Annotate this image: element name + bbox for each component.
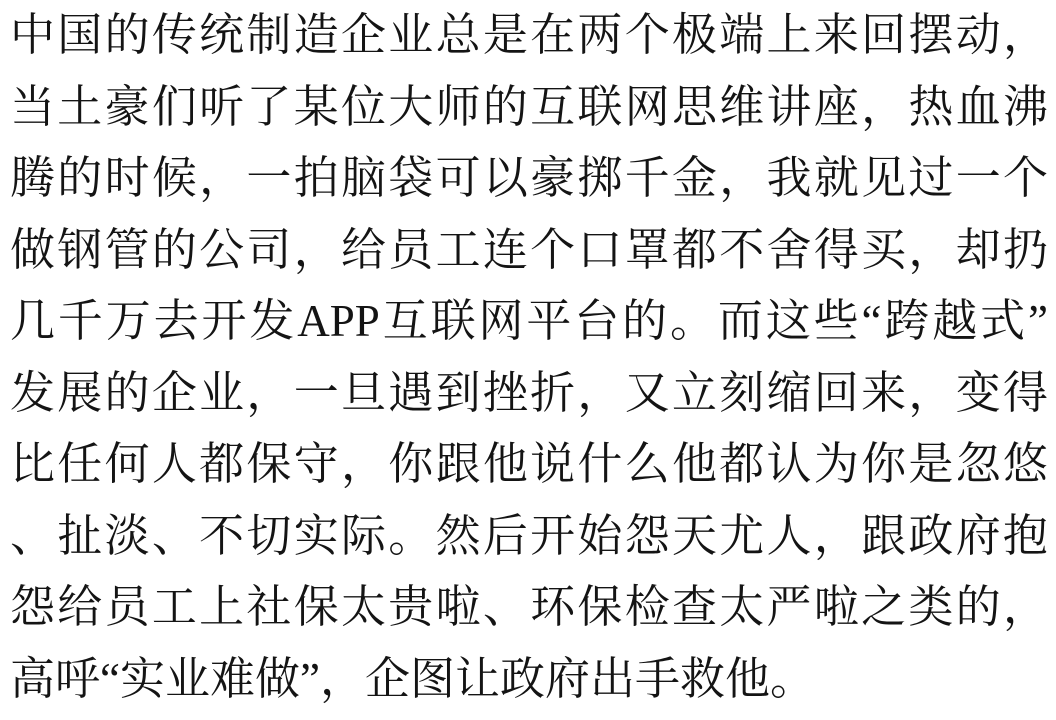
text-line-8: 、扯淡、不切实际。然后开始怨天尤人，跟政府抱 — [10, 501, 1048, 573]
article-body: 中国的传统制造企业总是在两个极端上来回摆动， 当土豪们听了某位大师的互联网思维讲… — [0, 0, 1056, 720]
text-line-5: 几千万去开发APP互联网平台的。而这些“跨越式” — [10, 286, 1048, 358]
text-line-4: 做钢管的公司，给员工连个口罩都不舍得买，却扔 — [10, 215, 1048, 287]
text-line-2: 当土豪们听了某位大师的互联网思维讲座，热血沸 — [10, 72, 1048, 144]
text-line-7: 比任何人都保守，你跟他说什么他都认为你是忽悠 — [10, 429, 1048, 501]
text-line-3: 腾的时候，一拍脑袋可以豪掷千金，我就见过一个 — [10, 143, 1048, 215]
text-line-1: 中国的传统制造企业总是在两个极端上来回摆动， — [10, 0, 1048, 72]
text-line-9: 怨给员工上社保太贵啦、环保检查太严啦之类的， — [10, 572, 1048, 644]
text-line-6: 发展的企业，一旦遇到挫折，又立刻缩回来，变得 — [10, 358, 1048, 430]
text-line-10: 高呼“实业难做”，企图让政府出手救他。 — [10, 644, 1048, 716]
